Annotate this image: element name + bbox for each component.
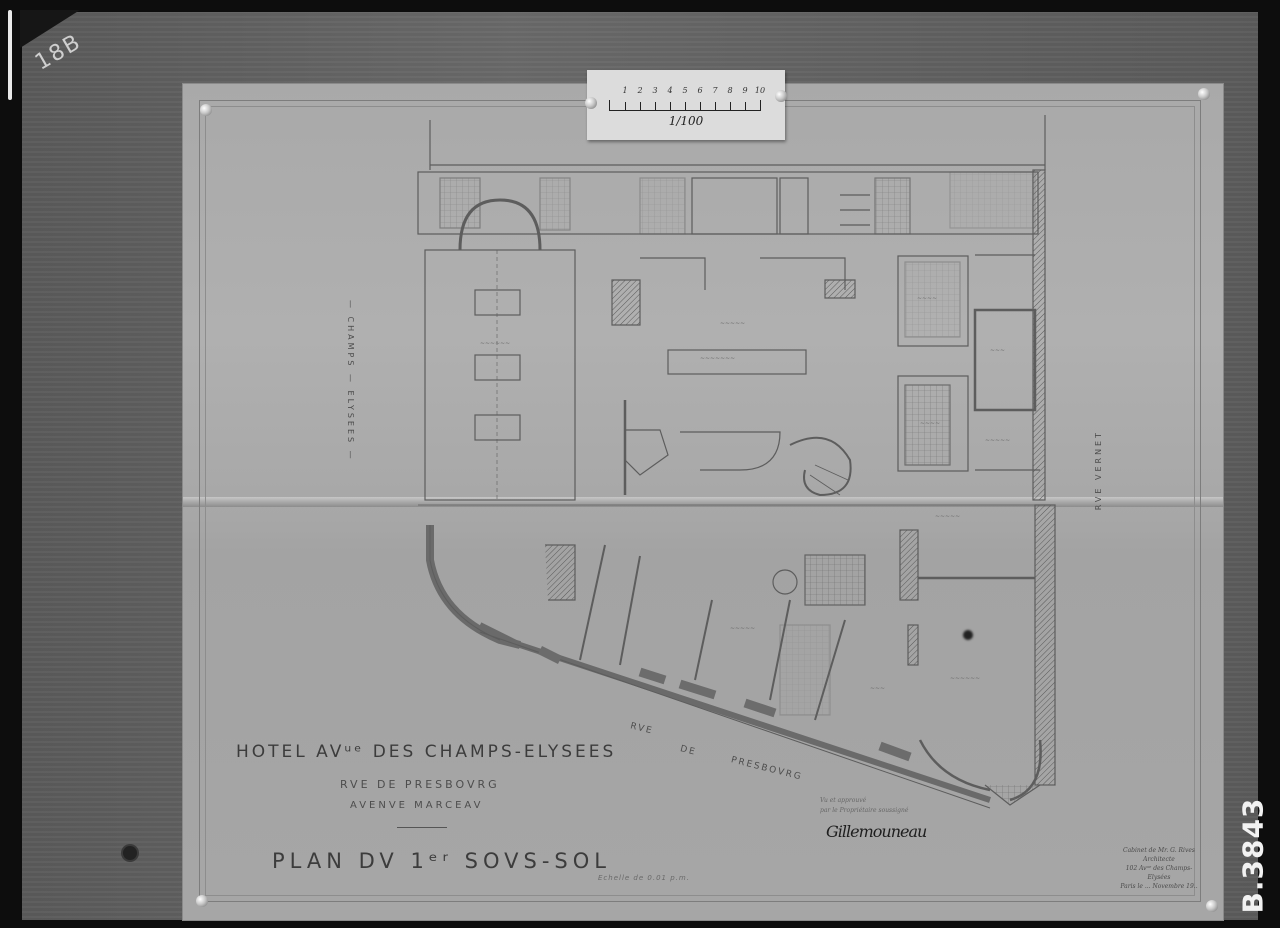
scale-tick-label: 6 [697,86,702,95]
cartouche-line: Paris le ... Novembre 19.. [1118,882,1200,891]
svg-text:~~~: ~~~ [870,685,885,692]
svg-text:~~~~~: ~~~~~ [985,437,1010,444]
street-label-rue-vernet: RVE VERNET [1094,430,1103,510]
svg-text:~~~~~: ~~~~~ [720,320,745,327]
scale-tick-label: 3 [652,86,657,95]
svg-text:~~~~: ~~~~ [917,295,937,302]
svg-text:~~~: ~~~ [990,347,1005,354]
owner-signature: Gillemouneau [826,822,926,841]
scale-tick-label: 8 [727,86,732,95]
approval-line: Vu et approuvé [820,796,908,806]
scale-tick-label: 1 [622,86,627,95]
negative-number: B.3843 [1226,780,1276,920]
scale-tick-label: 5 [682,86,687,95]
scale-tick-label: 2 [637,86,642,95]
svg-text:~~~~~: ~~~~~ [935,513,960,520]
street-label-champs-elysees: — CHAMPS — ELYSEES — [346,300,355,462]
scale-bar: 1 2 3 4 5 6 7 8 9 10 [609,100,761,111]
scale-pin-left [585,97,597,109]
svg-text:~~~~~: ~~~~~ [730,625,755,632]
pin-bottom-left [196,895,208,907]
scale-tick-label: 9 [742,86,747,95]
scale-tick-label: 7 [712,86,717,95]
scale-card: 1 2 3 4 5 6 7 8 9 10 1/100 [587,70,785,140]
pin-top-left [200,104,212,116]
scale-pin-right [775,90,787,102]
cartouche-line: 102 Avᵘᵉ des Champs-Elysées [1118,864,1200,882]
svg-text:~~~~~~: ~~~~~~ [950,675,980,682]
svg-text:~~~~~~~: ~~~~~~~ [700,355,735,362]
scale-note: Echelle de 0.01 p.m. [598,874,690,882]
ink-stain [963,630,973,640]
title-divider [397,827,447,828]
scale-ratio: 1/100 [587,114,785,128]
plan-title: HOTEL AVᵘᵉ DES CHAMPS-ELYSEES [236,742,616,762]
scale-tick-label: 4 [667,86,672,95]
pin-bottom-right [1206,900,1218,912]
architect-cartouche: Cabinet de Mr. G. Rives Architecte 102 A… [1118,846,1200,891]
plan-subtitle-street: RVE DE PRESBOVRG [340,778,500,791]
cartouche-line: Cabinet de Mr. G. Rives [1118,846,1200,855]
pin-top-right [1198,88,1210,100]
scale-tick-label: 10 [755,86,765,95]
approval-line: par le Propriétaire soussigné [820,806,908,816]
plan-level-title: PLAN DV 1ᵉʳ SOVS-SOL [272,849,611,873]
cartouche-line: Architecte [1118,855,1200,864]
svg-text:~~~~: ~~~~ [920,420,940,427]
svg-text:~~~~~~: ~~~~~~ [480,340,510,347]
approval-note: Vu et approuvé par le Propriétaire souss… [820,796,908,816]
plan-subtitle-avenue: AVENVE MARCEAV [350,800,483,811]
negative-number-text: B.3843 [1237,784,1270,914]
